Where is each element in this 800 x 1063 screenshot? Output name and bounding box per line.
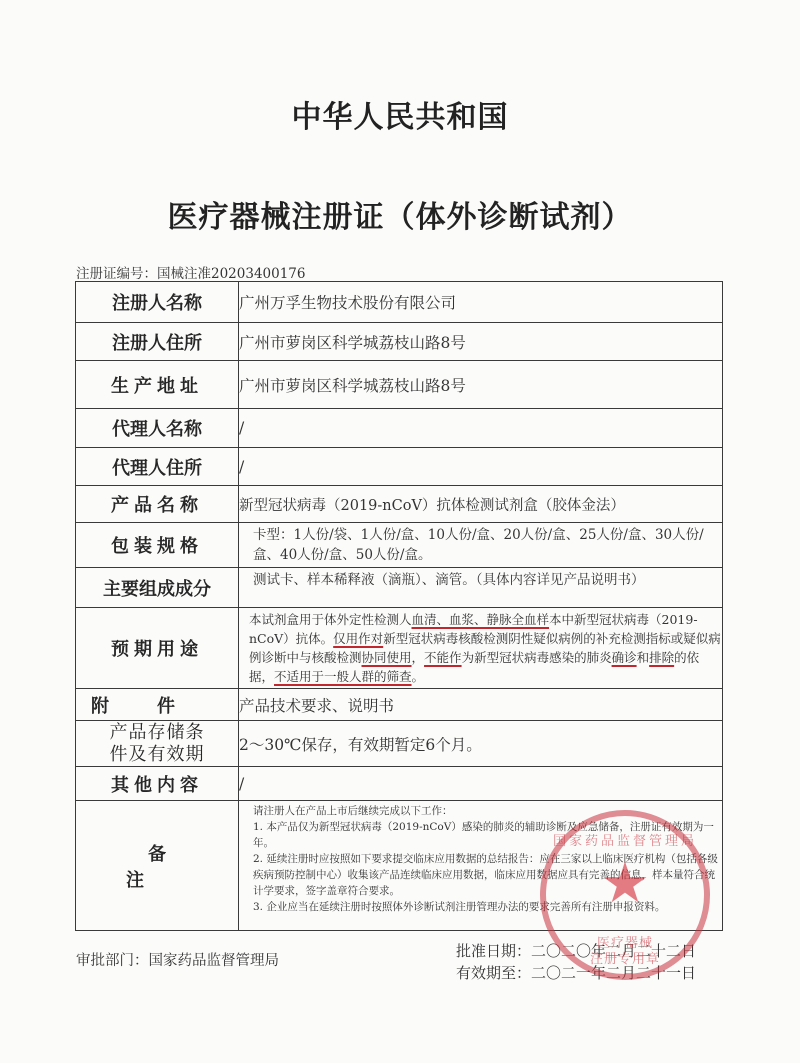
label-agent-name: 代理人名称 (76, 409, 239, 448)
table-row: 代理人住所 / (76, 448, 723, 486)
label-intended-use: 预期用途 (76, 608, 239, 689)
approval-dates: 批准日期：二〇二〇年二月二十二日 有效期至：二〇二一年二月二十一日 (456, 940, 696, 984)
text-segment: 。 (412, 669, 425, 684)
label-production-address: 生产地址 (76, 361, 239, 409)
value-registrant-address: 广州市萝岗区科学城荔枝山路8号 (239, 323, 723, 361)
underlined-text: 仅用作对 (333, 631, 383, 646)
country-title: 中华人民共和国 (0, 92, 800, 136)
value-main-components: 测试卡、样本稀释液（滴瓶）、滴管。（具体内容详见产品说明书） (239, 568, 723, 608)
value-storage-validity: 2～30℃保存，有效期暂定6个月。 (239, 721, 723, 767)
text-segment: ， (412, 650, 425, 665)
valid-until-date: 有效期至：二〇二一年二月二十一日 (456, 962, 696, 984)
table-row: 注册人名称 广州万孚生物技术股份有限公司 (76, 282, 723, 323)
table-row: 产品存储条 件及有效期 2～30℃保存，有效期暂定6个月。 (76, 721, 723, 767)
value-remarks: 请注册人在产品上市后继续完成以下工作： 1. 本产品仅为新型冠状病毒（2019-… (239, 801, 723, 931)
registration-number-value: 国械注准20203400176 (157, 266, 305, 282)
remarks-line: 2. 延续注册时应按照如下要求提交临床应用数据的总结报告：应在三家以上临床医疗机… (253, 851, 722, 899)
value-product-name: 新型冠状病毒（2019-nCoV）抗体检测试剂盒（胶体金法） (239, 486, 723, 523)
underlined-text: 排除 (649, 650, 674, 665)
table-row: 主要组成成分 测试卡、样本稀释液（滴瓶）、滴管。（具体内容详见产品说明书） (76, 568, 723, 608)
underlined-text: 确诊 (612, 650, 637, 665)
table-row: 注册人住所 广州市萝岗区科学城荔枝山路8号 (76, 323, 723, 361)
label-attachments: 附件 (76, 689, 239, 721)
document-title: 医疗器械注册证（体外诊断试剂） (0, 192, 800, 236)
label-product-name: 产品名称 (76, 486, 239, 523)
text-segment: 本试剂盒用于体外定性检测人 (249, 612, 412, 627)
label-agent-address: 代理人住所 (76, 448, 239, 486)
approval-department: 审批部门：国家药品监督管理局 (76, 949, 279, 970)
text-segment: 和 (637, 650, 650, 665)
remarks-line: 1. 本产品仅为新型冠状病毒（2019-nCoV）感染的肺炎的辅助诊断及应急储备… (253, 819, 722, 851)
value-agent-address: / (239, 448, 723, 486)
underlined-text: 不能作 (424, 650, 462, 665)
table-row: 包装规格 卡型：1人份/袋、1人份/盒、10人份/盒、20人份/盒、25人份/盒… (76, 523, 723, 568)
underlined-text: 不适用于一般人群的筛查 (274, 669, 412, 684)
label-remarks: 备注 (76, 801, 239, 931)
label-package-spec: 包装规格 (76, 523, 239, 568)
table-row: 其他内容 / (76, 767, 723, 801)
table-row: 附件 产品技术要求、说明书 (76, 689, 723, 721)
approval-date: 批准日期：二〇二〇年二月二十二日 (456, 940, 696, 962)
underlined-text: 血清、血浆、静脉全血样 (412, 612, 550, 627)
remarks-line: 3. 企业应当在延续注册时按照体外诊断试剂注册管理办法的要求完善所有注册申报资料… (253, 899, 722, 915)
value-attachments: 产品技术要求、说明书 (239, 689, 723, 721)
label-storage-validity: 产品存储条 件及有效期 (76, 721, 239, 767)
table-row: 预期用途 本试剂盒用于体外定性检测人血清、血浆、静脉全血样本中新型冠状病毒（20… (76, 608, 723, 689)
value-registrant-name: 广州万孚生物技术股份有限公司 (239, 282, 723, 323)
remarks-line: 请注册人在产品上市后继续完成以下工作： (253, 803, 722, 819)
value-other-content: / (239, 767, 723, 801)
label-registrant-name: 注册人名称 (76, 282, 239, 323)
registration-number: 注册证编号：国械注准20203400176 (76, 262, 305, 282)
certificate-table: 注册人名称 广州万孚生物技术股份有限公司 注册人住所 广州市萝岗区科学城荔枝山路… (75, 281, 723, 931)
table-row: 备注 请注册人在产品上市后继续完成以下工作： 1. 本产品仅为新型冠状病毒（20… (76, 801, 723, 931)
certificate-page: 中华人民共和国 医疗器械注册证（体外诊断试剂） 注册证编号：国械注准202034… (0, 0, 800, 1063)
text-segment: 为新型冠状病毒感染的肺炎 (462, 650, 612, 665)
label-registrant-address: 注册人住所 (76, 323, 239, 361)
label-other-content: 其他内容 (76, 767, 239, 801)
registration-number-label: 注册证编号： (76, 266, 157, 282)
value-production-address: 广州市萝岗区科学城荔枝山路8号 (239, 361, 723, 409)
underlined-text: 协同使用 (362, 650, 412, 665)
table-row: 代理人名称 / (76, 409, 723, 448)
value-agent-name: / (239, 409, 723, 448)
table-row: 生产地址 广州市萝岗区科学城荔枝山路8号 (76, 361, 723, 409)
label-main-components: 主要组成成分 (76, 568, 239, 608)
value-package-spec: 卡型：1人份/袋、1人份/盒、10人份/盒、20人份/盒、25人份/盒、30人份… (239, 523, 723, 568)
table-row: 产品名称 新型冠状病毒（2019-nCoV）抗体检测试剂盒（胶体金法） (76, 486, 723, 523)
value-intended-use: 本试剂盒用于体外定性检测人血清、血浆、静脉全血样本中新型冠状病毒（2019-nC… (239, 608, 723, 689)
